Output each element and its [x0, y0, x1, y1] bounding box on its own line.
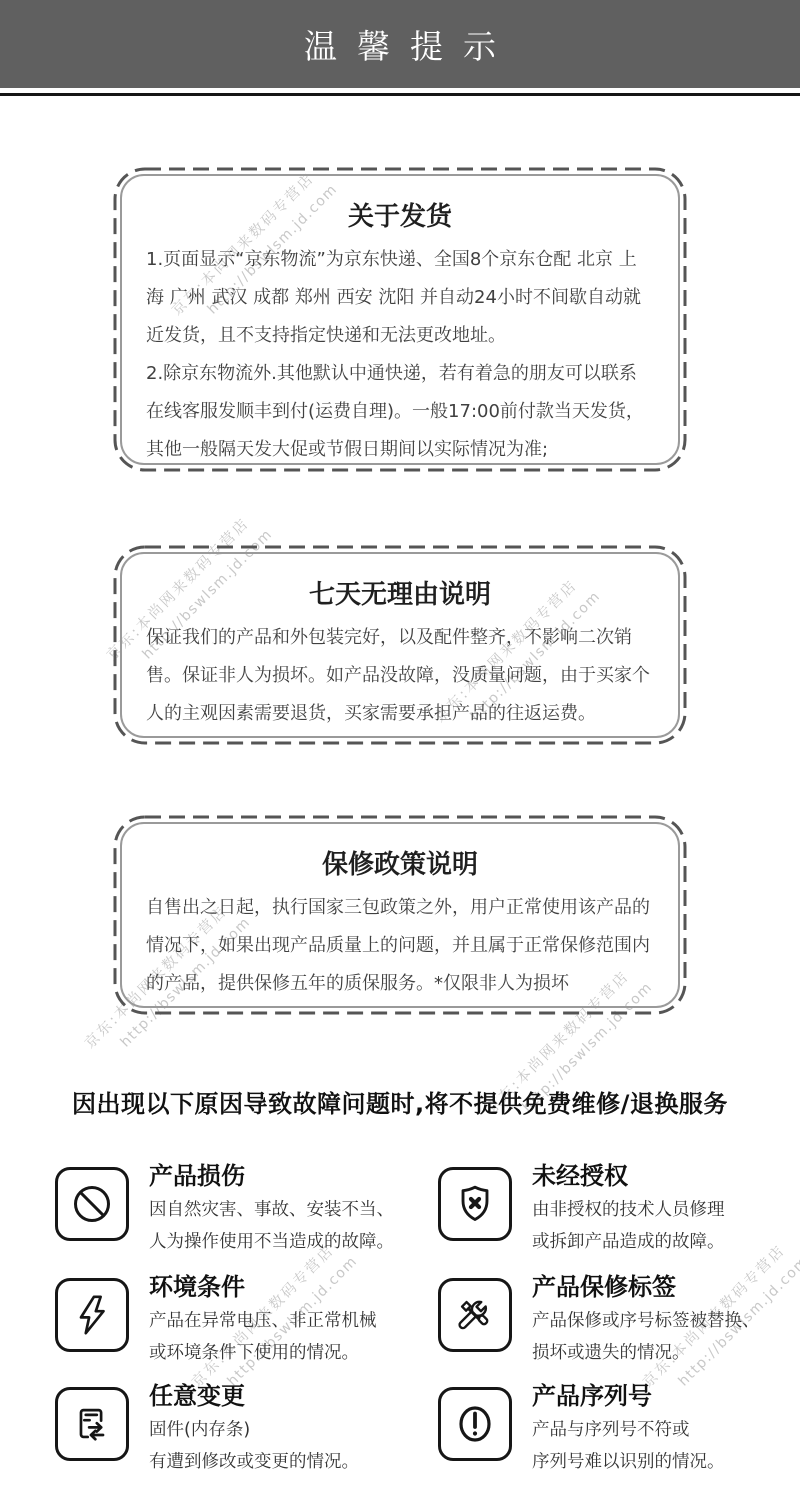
firmware-swap-icon	[69, 1401, 115, 1447]
service-item-unauthorized: 未经授权 由非授权的技术人员修理 或拆卸产品造成的故障。	[438, 1161, 800, 1258]
service-item-text: 产品损伤 因自然灾害、事故、安装不当、 人为操作使用不当造成的故障。	[149, 1161, 394, 1258]
icon-box	[55, 1278, 129, 1352]
lightning-icon	[69, 1292, 115, 1338]
return-policy-title: 七天无理由说明	[146, 574, 654, 611]
shipping-paragraph-1: 1.页面显示“京东物流”为京东快递、全国8个京东仓配 北京 上海 广州 武汉 成…	[146, 241, 654, 355]
no-free-service-heading: 因出现以下原因导致故障问题时,将不提供免费维修/退换服务	[0, 1084, 800, 1119]
shipping-paragraph-2: 2.除京东物流外.其他默认中通快递，若有着急的朋友可以联系在线客服发顺丰到付(运…	[146, 355, 654, 469]
icon-box	[55, 1167, 129, 1241]
warranty-policy-title: 保修政策说明	[146, 844, 654, 881]
warranty-policy-paragraph: 自售出之日起，执行国家三包政策之外，用户正常使用该产品的情况下，如果出现产品质量…	[146, 889, 654, 1003]
service-item-text: 环境条件 产品在异常电压、非正常机械 或环境条件下使用的情况。	[149, 1272, 377, 1369]
shipping-notice-title: 关于发货	[146, 196, 654, 233]
service-item-text: 产品保修标签 产品保修或序号标签被替换、 损坏或遗失的情况。	[532, 1272, 760, 1369]
service-item-warranty-label: 产品保修标签 产品保修或序号标签被替换、 损坏或遗失的情况。	[438, 1272, 800, 1369]
service-item-title: 环境条件	[149, 1272, 377, 1302]
service-item-line: 固件(内存条)	[149, 1414, 359, 1446]
service-item-line: 产品与序列号不符或	[532, 1414, 725, 1446]
alert-circle-icon	[451, 1400, 499, 1448]
page-title: 温馨提示	[284, 21, 516, 68]
service-item-title: 产品保修标签	[532, 1272, 760, 1302]
service-item-line: 或拆卸产品造成的故障。	[532, 1226, 725, 1258]
page-header: 温馨提示	[0, 0, 800, 88]
service-item-environment: 环境条件 产品在异常电压、非正常机械 或环境条件下使用的情况。	[55, 1272, 420, 1369]
service-item-text: 任意变更 固件(内存条) 有遭到修改或变更的情况。	[149, 1381, 359, 1478]
header-divider	[0, 93, 800, 96]
service-item-serial-number: 产品序列号 产品与序列号不符或 序列号难以识别的情况。	[438, 1381, 800, 1478]
return-policy-box: 七天无理由说明 保证我们的产品和外包装完好，以及配件整齐，不影响二次销售。保证非…	[113, 545, 687, 745]
service-item-line: 由非授权的技术人员修理	[532, 1194, 725, 1226]
warranty-policy-inner: 保修政策说明 自售出之日起，执行国家三包政策之外，用户正常使用该产品的情况下，如…	[120, 822, 680, 1008]
shield-x-icon	[452, 1181, 498, 1227]
tools-icon	[452, 1292, 498, 1338]
icon-box	[55, 1387, 129, 1461]
service-item-line: 产品在异常电压、非正常机械	[149, 1305, 377, 1337]
service-item-firmware-change: 任意变更 固件(内存条) 有遭到修改或变更的情况。	[55, 1381, 420, 1478]
service-item-line: 人为操作使用不当造成的故障。	[149, 1226, 394, 1258]
icon-box	[438, 1278, 512, 1352]
warranty-policy-body: 自售出之日起，执行国家三包政策之外，用户正常使用该产品的情况下，如果出现产品质量…	[146, 889, 654, 1003]
service-item-line: 产品保修或序号标签被替换、	[532, 1305, 760, 1337]
return-policy-paragraph: 保证我们的产品和外包装完好，以及配件整齐，不影响二次销售。保证非人为损坏。如产品…	[146, 619, 654, 733]
service-item-line: 因自然灾害、事故、安装不当、	[149, 1194, 394, 1226]
service-item-line: 或环境条件下使用的情况。	[149, 1337, 377, 1369]
warranty-policy-box: 保修政策说明 自售出之日起，执行国家三包政策之外，用户正常使用该产品的情况下，如…	[113, 815, 687, 1015]
icon-box	[438, 1387, 512, 1461]
service-item-line: 损坏或遗失的情况。	[532, 1337, 760, 1369]
no-entry-icon	[68, 1180, 116, 1228]
shipping-notice-body: 1.页面显示“京东物流”为京东快递、全国8个京东仓配 北京 上海 广州 武汉 成…	[146, 241, 654, 469]
service-item-line: 有遭到修改或变更的情况。	[149, 1446, 359, 1478]
icon-box	[438, 1167, 512, 1241]
shipping-notice-box: 关于发货 1.页面显示“京东物流”为京东快递、全国8个京东仓配 北京 上海 广州…	[113, 167, 687, 472]
return-policy-inner: 七天无理由说明 保证我们的产品和外包装完好，以及配件整齐，不影响二次销售。保证非…	[120, 552, 680, 738]
service-item-text: 产品序列号 产品与序列号不符或 序列号难以识别的情况。	[532, 1381, 725, 1478]
service-item-title: 任意变更	[149, 1381, 359, 1411]
shipping-notice-inner: 关于发货 1.页面显示“京东物流”为京东快递、全国8个京东仓配 北京 上海 广州…	[120, 174, 680, 465]
service-item-title: 产品序列号	[532, 1381, 725, 1411]
service-item-title: 未经授权	[532, 1161, 725, 1191]
return-policy-body: 保证我们的产品和外包装完好，以及配件整齐，不影响二次销售。保证非人为损坏。如产品…	[146, 619, 654, 733]
service-item-product-damage: 产品损伤 因自然灾害、事故、安装不当、 人为操作使用不当造成的故障。	[55, 1161, 420, 1258]
service-item-title: 产品损伤	[149, 1161, 394, 1191]
service-item-text: 未经授权 由非授权的技术人员修理 或拆卸产品造成的故障。	[532, 1161, 725, 1258]
service-item-line: 序列号难以识别的情况。	[532, 1446, 725, 1478]
